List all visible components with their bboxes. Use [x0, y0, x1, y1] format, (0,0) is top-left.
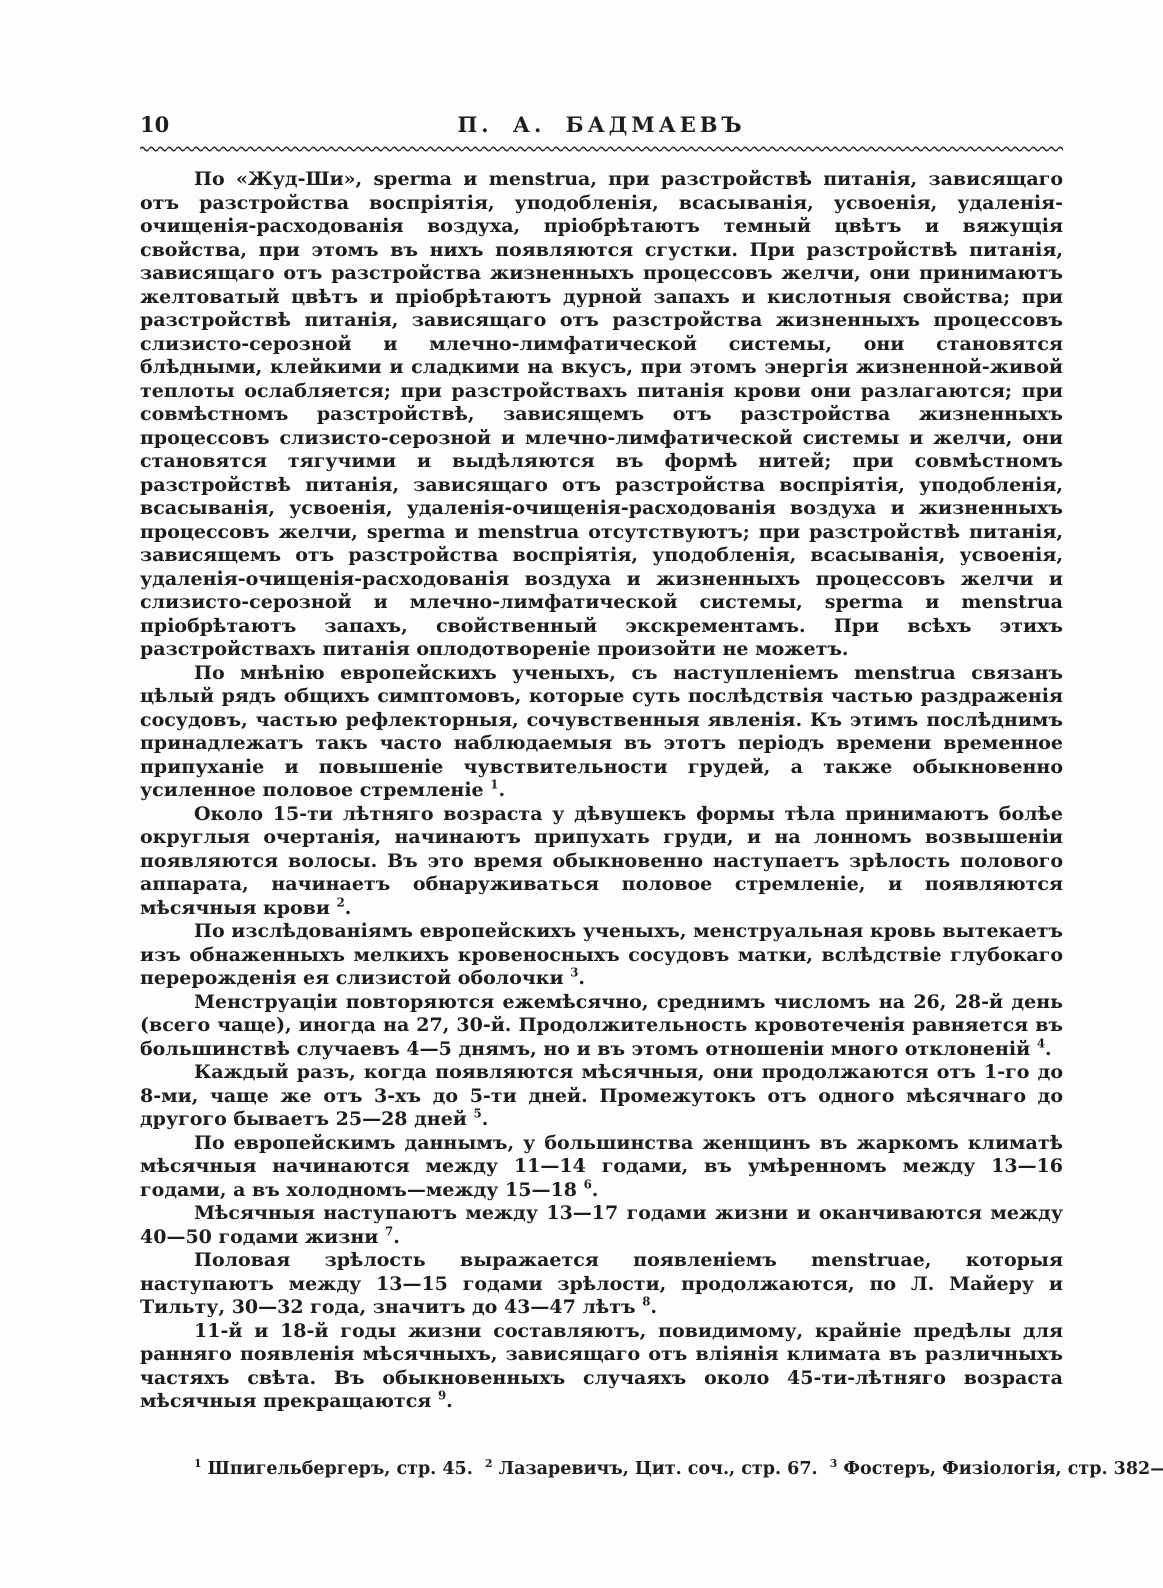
- footnote-marker: 3: [570, 966, 578, 980]
- running-title: П. А. БАДМАЕВЪ: [140, 110, 1063, 137]
- page-content: 10 П. А. БАДМАЕВЪ По «Жуд-Ши», sperma и …: [140, 0, 1063, 1481]
- footnote-marker: 1: [194, 1457, 202, 1470]
- footnotes-section: 1 Шпигельбергеръ, стр. 45. 2 Лазаревичъ,…: [140, 1458, 1063, 1481]
- scanned-book-page: 10 П. А. БАДМАЕВЪ По «Жуд-Ши», sperma и …: [0, 0, 1163, 1588]
- footnote-text: Фостеръ, Физіологія, стр. 382—383.: [837, 1459, 1163, 1479]
- paragraph: 11-й и 18-й годы жизни составляютъ, пови…: [140, 1320, 1063, 1414]
- paragraph: Около 15-ти лѣтняго возраста у дѣвушекъ …: [140, 803, 1063, 921]
- wavy-rule-icon: [140, 144, 1063, 152]
- paragraph: По мнѣнію европейскихъ ученыхъ, съ насту…: [140, 662, 1063, 803]
- paragraph: Мѣсячныя наступаютъ между 13—17 годами ж…: [140, 1202, 1063, 1249]
- page-number: 10: [140, 112, 169, 137]
- footnote-marker: 2: [485, 1457, 493, 1470]
- footnote-marker: 5: [474, 1107, 482, 1121]
- footnote-marker: 8: [642, 1295, 650, 1309]
- paragraph: Менструаціи повторяются ежемѣсячно, сред…: [140, 991, 1063, 1062]
- paragraph: По «Жуд-Ши», sperma и menstrua, при разс…: [140, 168, 1063, 662]
- page-header: 10 П. А. БАДМАЕВЪ: [140, 110, 1063, 140]
- footnote-marker: 9: [438, 1389, 446, 1403]
- paragraph: Каждый разъ, когда появляются мѣсячныя, …: [140, 1061, 1063, 1132]
- footnote-text: Шпигельбергеръ, стр. 45.: [202, 1459, 485, 1479]
- body-text: По «Жуд-Ши», sperma и menstrua, при разс…: [140, 168, 1063, 1414]
- footnote-marker: 7: [385, 1224, 393, 1238]
- footnote-block: 1 Шпигельбергеръ, стр. 45. 2 Лазаревичъ,…: [140, 1458, 1063, 1481]
- paragraph: По изслѣдованіямъ европейскихъ ученыхъ, …: [140, 920, 1063, 991]
- paragraph: По европейскимъ даннымъ, у большинства ж…: [140, 1132, 1063, 1203]
- footnote-marker: 2: [337, 895, 345, 909]
- footnote-marker: 4: [1037, 1036, 1045, 1050]
- paragraph: Половая зрѣлость выражается появленіемъ …: [140, 1249, 1063, 1320]
- footnote-text: Лазаревичъ, Цит. соч., стр. 67.: [493, 1459, 830, 1479]
- footnote-marker: 1: [490, 778, 498, 792]
- footnote-marker: 6: [584, 1177, 592, 1191]
